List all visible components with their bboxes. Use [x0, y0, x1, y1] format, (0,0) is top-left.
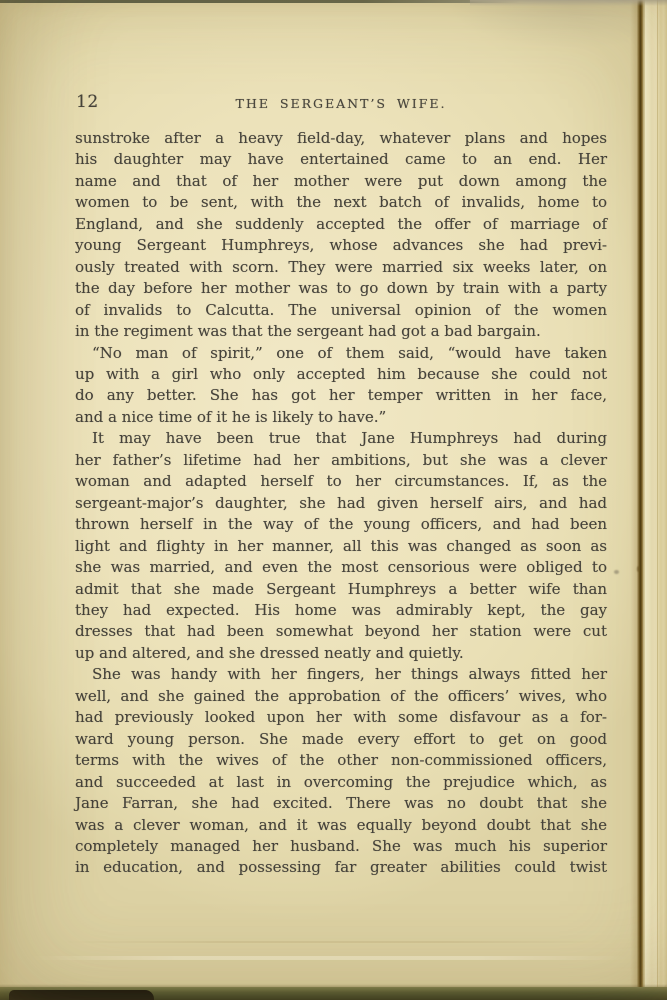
- text-line: dresses that had been somewhat beyond he…: [75, 621, 607, 642]
- paper-streak-light: [30, 956, 627, 960]
- text-line: and succeeded at last in overcoming the …: [75, 772, 607, 793]
- paragraph: She was handy with her fingers, her thin…: [75, 664, 607, 879]
- text-line: She was handy with her fingers, her thin…: [75, 664, 607, 685]
- text-line: do any better. She has got her temper wr…: [75, 385, 607, 406]
- text-line: she was married, and even the most censo…: [75, 557, 607, 578]
- paper-speck: [614, 570, 619, 574]
- page-fold-shadow: [630, 0, 645, 989]
- text-line: “No man of spirit,” one of them said, “w…: [75, 343, 607, 364]
- text-line: terms with the wives of the other non-co…: [75, 750, 607, 771]
- scanned-book-page: 12 THE SERGEANT’S WIFE. sunstroke after …: [0, 0, 667, 1000]
- text-line: ously treated with scorn. They were marr…: [75, 257, 607, 278]
- text-line: in education, and possessing far greater…: [75, 857, 607, 878]
- text-line: they had expected. His home was admirabl…: [75, 600, 607, 621]
- text-line: ward young person. She made every effort…: [75, 729, 607, 750]
- text-line: It may have been true that Jane Humphrey…: [75, 428, 607, 449]
- text-line: young Sergeant Humphreys, whose advances…: [75, 235, 607, 256]
- text-line: her father’s lifetime had her ambitions,…: [75, 450, 607, 471]
- running-title: THE SERGEANT’S WIFE.: [236, 96, 447, 111]
- paragraph: sunstroke after a heavy field-day, whate…: [75, 128, 607, 343]
- text-line: was a clever woman, and it was equally b…: [75, 815, 607, 836]
- paper-streak-dark: [60, 941, 607, 943]
- scan-edge-top-right: [470, 0, 667, 6]
- text-line: sergeant-major’s daughter, she had given…: [75, 493, 607, 514]
- text-line: sunstroke after a heavy field-day, whate…: [75, 128, 607, 149]
- text-line: completely managed her husband. She was …: [75, 836, 607, 857]
- paragraph: It may have been true that Jane Humphrey…: [75, 428, 607, 664]
- text-line: woman and adapted herself to her circums…: [75, 471, 607, 492]
- text-line: women to be sent, with the next batch of…: [75, 192, 607, 213]
- text-line: his daughter may have entertained came t…: [75, 149, 607, 170]
- paragraph: “No man of spirit,” one of them said, “w…: [75, 343, 607, 429]
- scan-dark-corner: [9, 990, 154, 1000]
- page-number: 12: [76, 92, 99, 112]
- text-line: up with a girl who only accepted him bec…: [75, 364, 607, 385]
- scan-edge-top: [0, 0, 520, 3]
- page-body-text: sunstroke after a heavy field-day, whate…: [75, 128, 607, 879]
- text-line: the day before her mother was to go down…: [75, 278, 607, 299]
- text-line: England, and she suddenly accepted the o…: [75, 214, 607, 235]
- text-line: and a nice time of it he is likely to ha…: [75, 407, 607, 428]
- text-line: light and flighty in her manner, all thi…: [75, 536, 607, 557]
- text-line: in the regiment was that the sergeant ha…: [75, 321, 607, 342]
- text-line: thrown herself in the way of the young o…: [75, 514, 607, 535]
- text-line: name and that of her mother were put dow…: [75, 171, 607, 192]
- text-line: of invalids to Calcutta. The universal o…: [75, 300, 607, 321]
- text-line: had previously looked upon her with some…: [75, 707, 607, 728]
- page-stack-edge: [645, 0, 667, 990]
- page-header: 12 THE SERGEANT’S WIFE.: [75, 92, 607, 112]
- text-line: Jane Farran, she had excited. There was …: [75, 793, 607, 814]
- text-line: admit that she made Sergeant Humphreys a…: [75, 579, 607, 600]
- text-line: up and altered, and she dressed neatly a…: [75, 643, 607, 664]
- text-line: well, and she gained the approbation of …: [75, 686, 607, 707]
